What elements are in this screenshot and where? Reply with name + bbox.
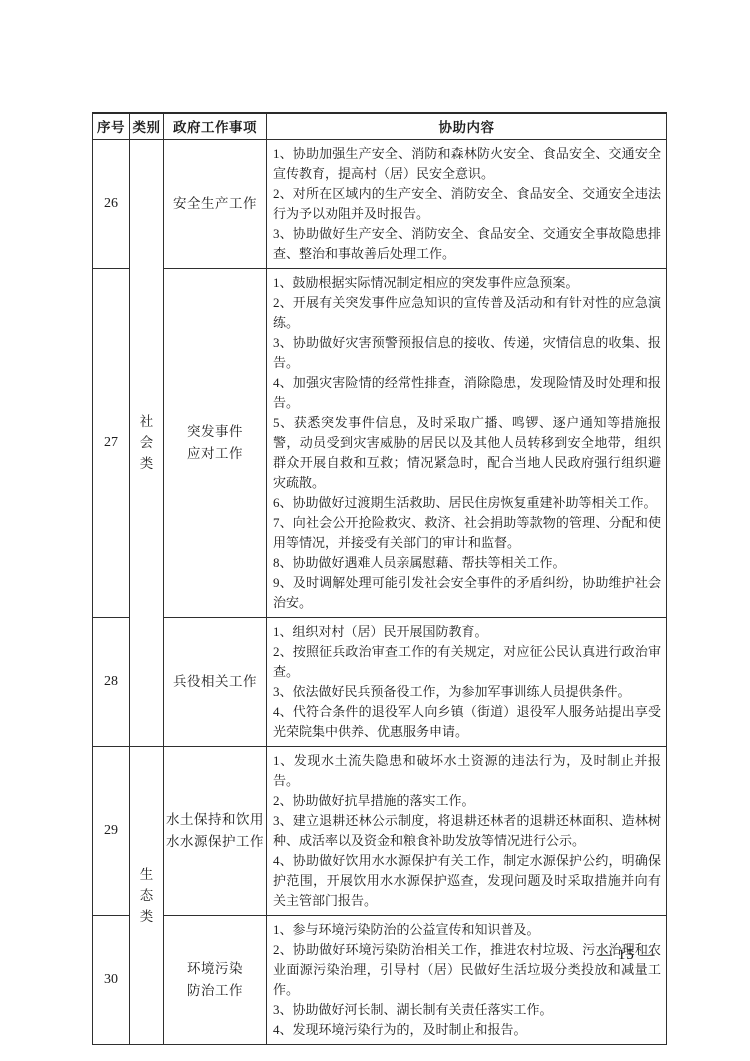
serial-number: 27 xyxy=(93,268,130,617)
content-item: 7、向社会公开抢险救灾、救济、社会捐助等款物的管理、分配和使用等情况，并接受有关… xyxy=(273,513,661,553)
category-cell-ecology: 生态类 xyxy=(130,746,164,1044)
content-item: 3、协助做好灾害预警预报信息的接收、传递，灾情信息的收集、报告。 xyxy=(273,333,661,373)
content-item: 8、协助做好遇难人员亲属慰藉、帮扶等相关工作。 xyxy=(273,553,661,573)
table-row: 29 生态类 水土保持和饮用 水水源保护工作 1、发现水土流失隐患和破坏水土资源… xyxy=(93,746,667,915)
serial-number: 30 xyxy=(93,915,130,1044)
work-item: 环境污染 防治工作 xyxy=(164,915,267,1044)
content-item: 2、协助做好抗旱措施的落实工作。 xyxy=(273,791,661,811)
content-item: 4、加强灾害险情的经常性排查，消除隐患，发现险情及时处理和报告。 xyxy=(273,373,661,413)
content-item: 4、发现环境污染行为的，及时制止和报告。 xyxy=(273,1020,661,1040)
content-item: 1、鼓励根据实际情况制定相应的突发事件应急预案。 xyxy=(273,273,661,293)
content-item: 6、协助做好过渡期生活救助、居民住房恢复重建补助等相关工作。 xyxy=(273,493,661,513)
content-item: 4、代符合条件的退役军人向乡镇（街道）退役军人服务站提出享受光荣院集中供养、优惠… xyxy=(273,702,661,742)
work-item: 安全生产工作 xyxy=(164,139,267,268)
page-number: — 15 — xyxy=(597,947,656,964)
content-item: 1、发现水土流失隐患和破坏水土资源的违法行为，及时制止并报告。 xyxy=(273,751,661,791)
table-row: 28 兵役相关工作 1、组织对村（居）民开展国防教育。 2、按照征兵政治审查工作… xyxy=(93,617,667,746)
content-item: 9、及时调解处理可能引发社会安全事件的矛盾纠纷，协助维护社会治安。 xyxy=(273,573,661,613)
work-item: 水土保持和饮用 水水源保护工作 xyxy=(164,746,267,915)
category-label: 生态类 xyxy=(139,864,154,927)
header-serial-number: 序号 xyxy=(93,113,130,139)
content-item: 3、协助做好河长制、湖长制有关责任落实工作。 xyxy=(273,1000,661,1020)
category-label: 社会类 xyxy=(139,411,154,474)
table-header-row: 序号 类别 政府工作事项 协助内容 xyxy=(93,113,667,139)
content-item: 1、协助加强生产安全、消防和森林防火安全、食品安全、交通安全宣传教育，提高村（居… xyxy=(273,144,661,184)
content-item: 4、协助做好饮用水水源保护有关工作，制定水源保护公约，明确保护范围，开展饮用水水… xyxy=(273,851,661,911)
table-row: 26 社会类 安全生产工作 1、协助加强生产安全、消防和森林防火安全、食品安全、… xyxy=(93,139,667,268)
content-item: 2、开展有关突发事件应急知识的宣传普及活动和有针对性的应急演练。 xyxy=(273,293,661,333)
assistance-content: 1、鼓励根据实际情况制定相应的突发事件应急预案。 2、开展有关突发事件应急知识的… xyxy=(267,268,667,617)
header-work-item: 政府工作事项 xyxy=(164,113,267,139)
document-page: { "document": { "footer_page_number": "—… xyxy=(0,0,750,1061)
content-item: 2、按照征兵政治审查工作的有关规定，对应征公民认真进行政治审查。 xyxy=(273,642,661,682)
work-item: 突发事件 应对工作 xyxy=(164,268,267,617)
work-item: 兵役相关工作 xyxy=(164,617,267,746)
table-row: 30 环境污染 防治工作 1、参与环境污染防治的公益宣传和知识普及。 2、协助做… xyxy=(93,915,667,1044)
content-item: 3、协助做好生产安全、消防安全、食品安全、交通安全事故隐患排查、整治和事故善后处… xyxy=(273,224,661,264)
assistance-content: 1、参与环境污染防治的公益宣传和知识普及。 2、协助做好环境污染防治相关工作，推… xyxy=(267,915,667,1044)
category-cell-society: 社会类 xyxy=(130,139,164,746)
assistance-content: 1、发现水土流失隐患和破坏水土资源的违法行为，及时制止并报告。 2、协助做好抗旱… xyxy=(267,746,667,915)
assistance-content: 1、组织对村（居）民开展国防教育。 2、按照征兵政治审查工作的有关规定，对应征公… xyxy=(267,617,667,746)
assistance-content: 1、协助加强生产安全、消防和森林防火安全、食品安全、交通安全宣传教育，提高村（居… xyxy=(267,139,667,268)
header-assistance-content: 协助内容 xyxy=(267,113,667,139)
content-item: 3、依法做好民兵预备役工作，为参加军事训练人员提供条件。 xyxy=(273,682,661,702)
header-category: 类别 xyxy=(130,113,164,139)
assistance-items-table: 序号 类别 政府工作事项 协助内容 26 社会类 安全生产工作 1、协助加强生产… xyxy=(92,112,667,1045)
content-item: 3、建立退耕还林公示制度，将退耕还林者的退耕还林面积、造林树种、成活率以及资金和… xyxy=(273,811,661,851)
content-item: 2、对所在区域内的生产安全、消防安全、食品安全、交通安全违法行为予以劝阻并及时报… xyxy=(273,184,661,224)
content-item: 5、获悉突发事件信息，及时采取广播、鸣锣、逐户通知等措施报警，动员受到灾害威胁的… xyxy=(273,413,661,493)
content-item: 1、参与环境污染防治的公益宣传和知识普及。 xyxy=(273,920,661,940)
content-item: 1、组织对村（居）民开展国防教育。 xyxy=(273,622,661,642)
serial-number: 26 xyxy=(93,139,130,268)
serial-number: 28 xyxy=(93,617,130,746)
serial-number: 29 xyxy=(93,746,130,915)
table-row: 27 突发事件 应对工作 1、鼓励根据实际情况制定相应的突发事件应急预案。 2、… xyxy=(93,268,667,617)
